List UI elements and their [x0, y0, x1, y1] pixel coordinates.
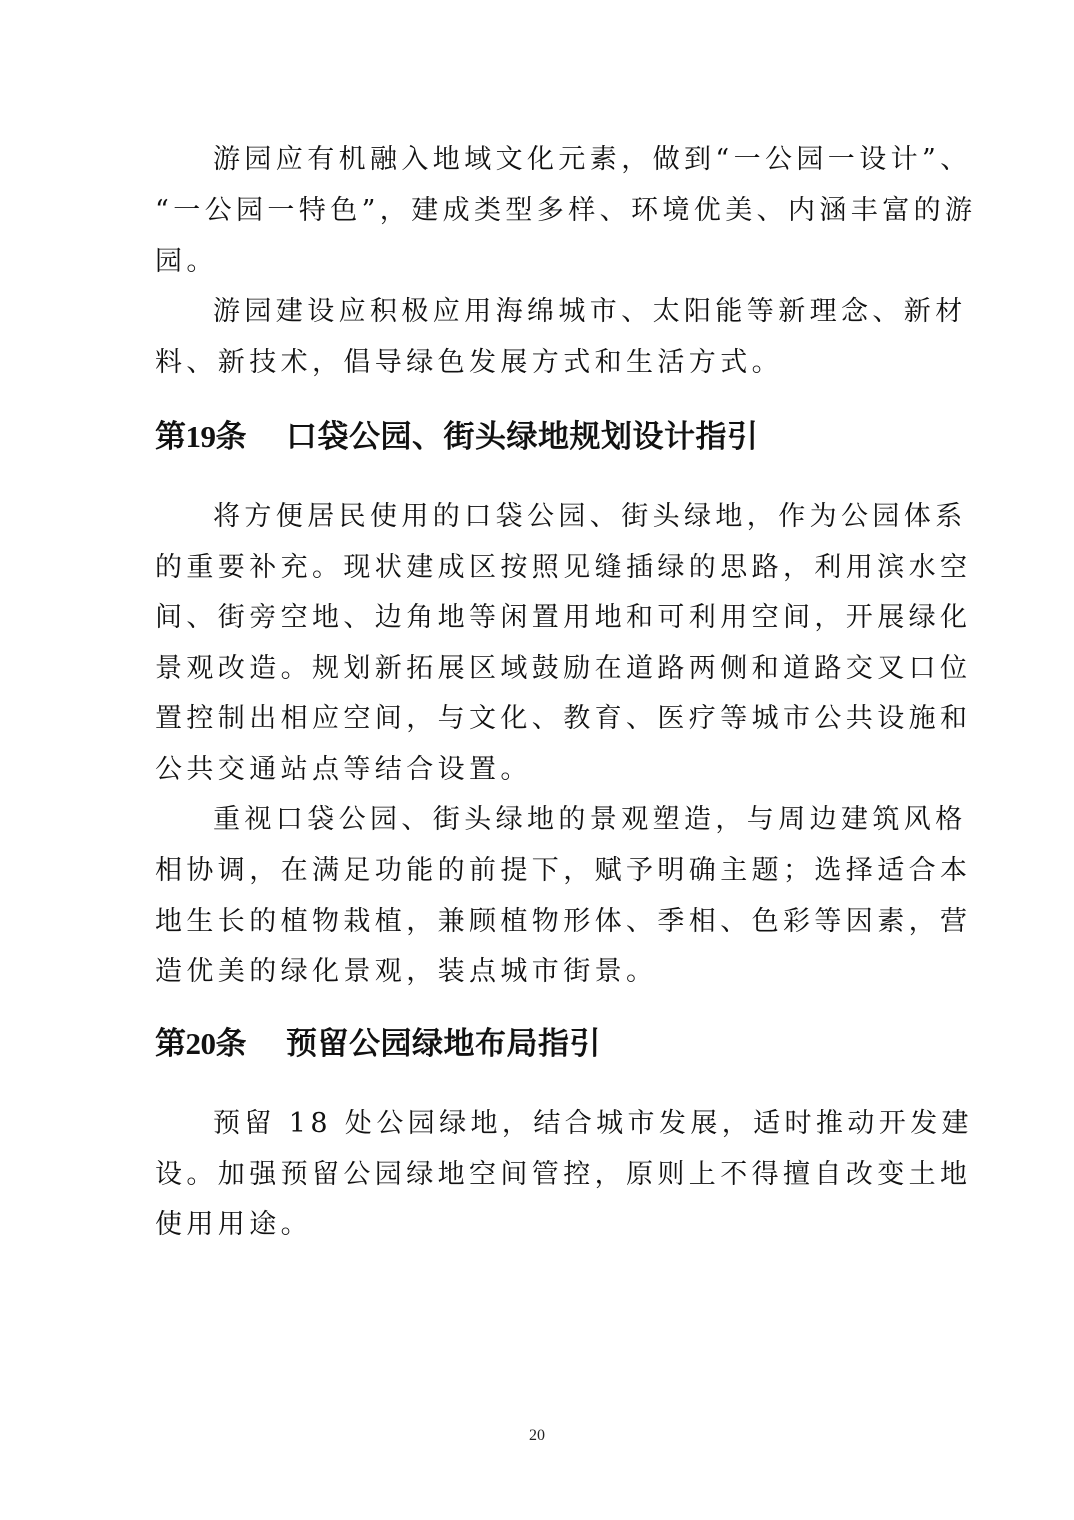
paragraph-line: 造优美的绿化景观，装点城市街景。: [155, 952, 931, 992]
paragraph-line: 地生长的植物栽植，兼顾植物形体、季相、色彩等因素，营: [155, 902, 931, 942]
paragraph-line: 预留 18 处公园绿地，结合城市发展，适时推动开发建: [213, 1104, 931, 1144]
section-number: 第19条: [155, 419, 246, 454]
paragraph-line: 公共交通站点等结合设置。: [155, 750, 931, 790]
section-number: 第20条: [155, 1026, 246, 1061]
paragraph-line: 游园应有机融入地域文化元素，做到“一公园一设计”、: [213, 140, 931, 180]
section-title: 预留公园绿地布局指引: [286, 1026, 601, 1062]
paragraph-line: 的重要补充。现状建成区按照见缝插绿的思路，利用滨水空: [155, 548, 931, 588]
section-heading-20: 第20条预留公园绿地布局指引: [155, 1020, 601, 1068]
page-number: 20: [0, 1426, 1074, 1446]
paragraph-line: 景观改造。规划新拓展区域鼓励在道路两侧和道路交叉口位: [155, 649, 931, 689]
document-page: 游园应有机融入地域文化元素，做到“一公园一设计”、 “一公园一特色”，建成类型多…: [0, 0, 1074, 1520]
paragraph-line: 重视口袋公园、街头绿地的景观塑造，与周边建筑风格: [213, 800, 931, 840]
paragraph-line: 使用用途。: [155, 1205, 931, 1245]
paragraph-line: 将方便居民使用的口袋公园、街头绿地，作为公园体系: [213, 497, 931, 537]
paragraph-line: 置控制出相应空间，与文化、教育、医疗等城市公共设施和: [155, 699, 931, 739]
paragraph-line: “一公园一特色”，建成类型多样、环境优美、内涵丰富的游: [155, 191, 931, 231]
paragraph-line: 游园建设应积极应用海绵城市、太阳能等新理念、新材: [213, 292, 931, 332]
paragraph-line: 园。: [155, 242, 931, 282]
paragraph-line: 相协调，在满足功能的前提下，赋予明确主题；选择适合本: [155, 851, 931, 891]
section-heading-19: 第19条口袋公园、街头绿地规划设计指引: [155, 413, 759, 461]
paragraph-line: 间、街旁空地、边角地等闲置用地和可利用空间，开展绿化: [155, 598, 931, 638]
section-title: 口袋公园、街头绿地规划设计指引: [286, 419, 759, 455]
paragraph-line: 设。加强预留公园绿地空间管控，原则上不得擅自改变土地: [155, 1155, 931, 1195]
paragraph-line: 料、新技术，倡导绿色发展方式和生活方式。: [155, 343, 931, 383]
